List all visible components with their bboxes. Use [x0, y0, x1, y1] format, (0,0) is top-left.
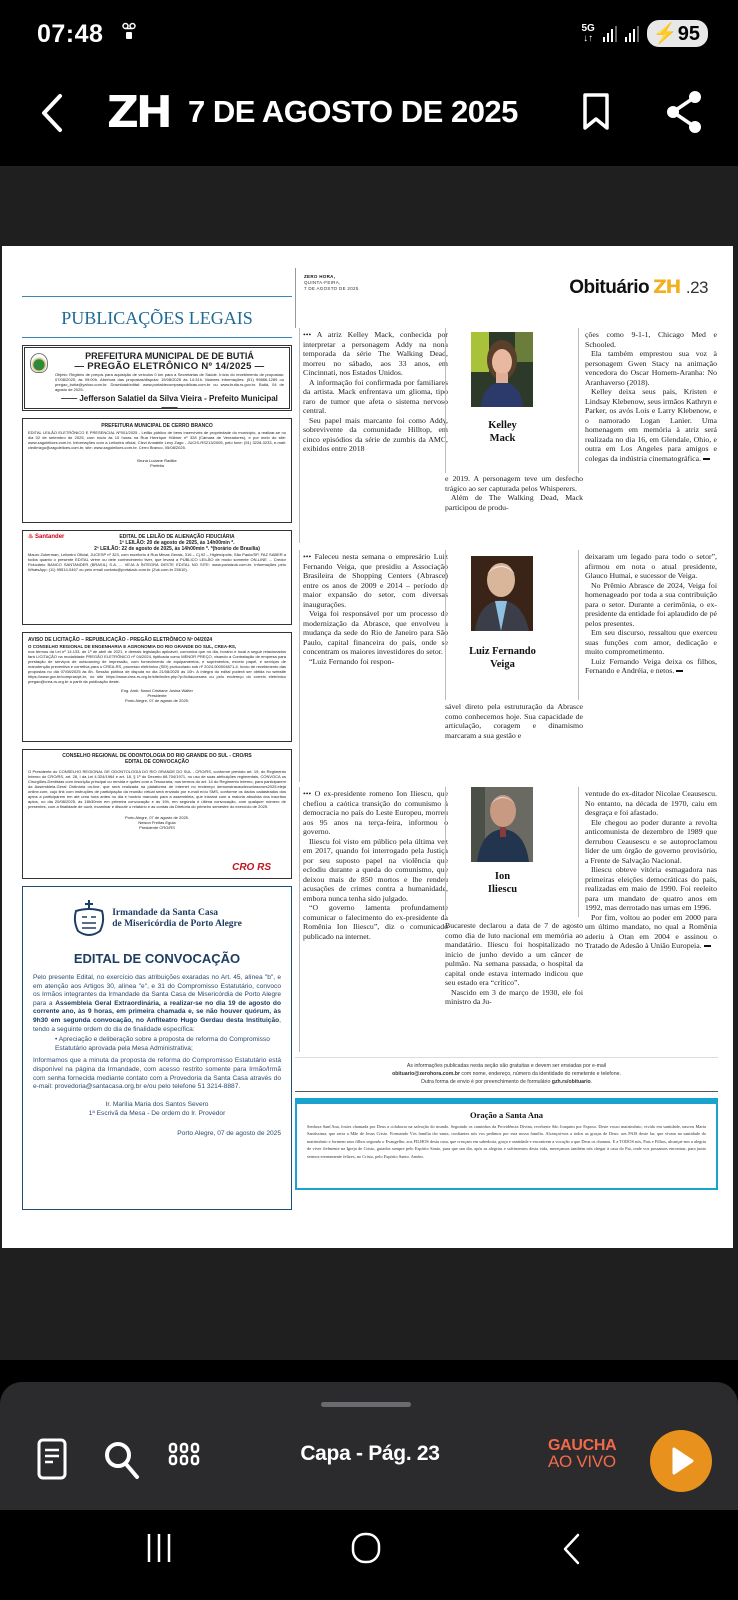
newspaper-page[interactable]: PUBLICAÇÕES LEGAIS PREFEITURA MUNICIPAL …: [2, 246, 733, 1248]
ad-cerro-branco: PREFEITURA MUNICIPAL DE CERRO BRANCO EDI…: [22, 418, 292, 523]
share-icon: [665, 90, 703, 134]
story-column-2: sável direto pela estruturação da Abrasc…: [445, 702, 583, 740]
ad-subheading: — PREGÃO ELETRÔNICO Nº 14/2025 —: [55, 361, 284, 372]
ad-santa-casa: Irmandade da Santa Casa de Misericórdia …: [22, 886, 292, 1210]
ad-subheading: EDITAL DE CONVOCAÇÃO: [28, 759, 286, 765]
obituary-masthead: ZERO HORA, QUINTA-FEIRA, 7 DE AGOSTO DE …: [295, 268, 718, 328]
ad-body: O Presidente do CONSELHO REGIONAL DE ODO…: [28, 769, 286, 809]
recent-apps-icon: [145, 1532, 175, 1564]
zh-logo-small: ZH: [653, 276, 680, 298]
obituary-luiz-fernando-veiga: ••• Faleceu nesta semana o empresário Lu…: [295, 550, 718, 787]
person-name: Luiz Fernando Veiga: [445, 646, 560, 671]
story-column-3: ções como 9-1-1, Chicago Med e Schooled.…: [585, 330, 717, 463]
signal-icon-2: [625, 26, 639, 42]
bookmark-icon: [582, 92, 610, 132]
reader-toolbar: Capa - Pág. 23 GAUCHA AO VIVO: [0, 1382, 738, 1510]
story-column: ••• Faleceu nesta semana o empresário Lu…: [303, 552, 448, 666]
share-button[interactable]: [665, 90, 703, 134]
legal-publications: PUBLICAÇÕES LEGAIS PREFEITURA MUNICIPAL …: [22, 288, 292, 1210]
notice-bullet: • Apreciação e deliberação sobre a propo…: [33, 1036, 281, 1053]
story-column-3: ventude do ex-ditador Nicolae Ceausescu.…: [585, 789, 717, 951]
notice-signer-role: 1ª Escrivã da Mesa - De ordem do Ir. Pro…: [33, 1109, 281, 1118]
ad-santander: ♨ Santander EDITAL DE LEILÃO DE ALIENAÇÃ…: [22, 530, 292, 625]
edition-title: 7 DE AGOSTO DE 2025: [188, 92, 518, 132]
page-number: .23: [686, 278, 708, 297]
luiz-fernando-veiga-photo: [471, 556, 533, 631]
obituary-submission-info: As informações publicadas nesta seção sã…: [295, 1057, 718, 1092]
notice-title: EDITAL DE CONVOCAÇÃO: [33, 951, 281, 966]
signal-icon: [603, 26, 617, 42]
ad-date: Porto Alegre, 07 de agosto de 2025.: [28, 698, 286, 703]
search-button[interactable]: [102, 1438, 142, 1482]
notice-paragraph: Pelo presente Edital, no exercício das a…: [33, 974, 281, 1034]
play-icon: [650, 1430, 712, 1492]
search-icon: [102, 1438, 142, 1482]
story-column: ••• O ex-presidente romeno Ion Iliescu, …: [303, 789, 448, 941]
prayer-box: Oração a Santa Ana Senhora Sant'Ana, fos…: [295, 1098, 718, 1190]
notice-paragraph-2: Informamos que a minuta da proposta de r…: [33, 1057, 281, 1091]
home-button[interactable]: [350, 1531, 384, 1570]
notice-date: Porto Alegre, 07 de agosto de 2025: [33, 1130, 281, 1137]
text-mode-button[interactable]: [37, 1438, 69, 1482]
obituary-form-link[interactable]: gzh.rs/obituario: [552, 1079, 591, 1085]
back-icon: [560, 1532, 584, 1566]
zh-logo: ZH: [107, 91, 170, 135]
ad-cro-rs: CONSELHO REGIONAL DE ODONTOLOGIA DO RIO …: [22, 749, 292, 879]
back-button[interactable]: [38, 88, 68, 138]
current-page-label[interactable]: Capa - Pág. 23: [280, 1442, 460, 1466]
notice-signer: Ir. Marília Maria dos Santos Severo: [33, 1100, 281, 1109]
end-mark-icon: [704, 945, 711, 947]
ad-butia: PREFEITURA MUNICIPAL DE DE BUTIÁ — PREGÃ…: [22, 345, 292, 411]
ad-body: EDITAL LEILÃO ELETRÔNICO E PRESENCIAL Nº…: [28, 430, 286, 450]
story-column-2: Bucareste declarou a data de 7 de agosto…: [445, 921, 583, 1007]
section-heading: ObituárioZH.23: [569, 276, 708, 299]
story-column-2: e 2019. A personagem teve um desfecho tr…: [445, 474, 583, 512]
obituary-ion-iliescu: ••• O ex-presidente romeno Ion Iliescu, …: [295, 787, 718, 1057]
obituary-kelley-mack: ••• A atriz Kelley Mack, conhecida por i…: [295, 328, 718, 550]
paper-meta: ZERO HORA, QUINTA-FEIRA, 7 DE AGOSTO DE …: [304, 274, 359, 292]
person-name: Kelley Mack: [445, 420, 560, 445]
ion-iliescu-photo: [471, 787, 533, 862]
bookmark-button[interactable]: [582, 92, 610, 132]
santander-logo: ♨ Santander: [28, 535, 64, 540]
story-column-3: deixaram um legado para todo o setor”, a…: [585, 552, 717, 676]
home-icon: [350, 1531, 384, 1565]
ad-heading: PREFEITURA MUNICIPAL DE DE BUTIÁ: [55, 351, 284, 361]
obituary-section: ZERO HORA, QUINTA-FEIRA, 7 DE AGOSTO DE …: [295, 268, 718, 1190]
end-mark-icon: [703, 458, 710, 460]
ad-signature: —— Jefferson Salatiel da Silva Vieira - …: [55, 394, 284, 412]
grid-icon: [168, 1438, 200, 1482]
document-icon: [37, 1438, 69, 1482]
gaucha-ao-vivo-logo[interactable]: GAUCHA AO VIVO: [548, 1438, 616, 1470]
page-viewer[interactable]: PUBLICAÇÕES LEGAIS PREFEITURA MUNICIPAL …: [0, 166, 738, 1360]
system-nav-bar: [0, 1510, 738, 1600]
obituary-email-link[interactable]: obituario@zerohora.com.br: [392, 1071, 460, 1077]
ad-body: nos termos da Lei nº 14.133, de 1º de ab…: [28, 649, 286, 684]
person-name: Ion Iliescu: [445, 871, 560, 896]
ad-signer-role: Prefeita: [28, 463, 286, 468]
pages-grid-button[interactable]: [168, 1438, 200, 1482]
org-name: Irmandade da Santa Casa: [112, 908, 242, 919]
voicemail-icon: [122, 22, 136, 43]
ad-signer-role: Presidente CRO/RS: [28, 825, 286, 830]
status-bar: 07:48 5G↓↑ ⚡95: [0, 0, 738, 68]
ad-heading: AVISO DE LICITAÇÃO – REPUBLICAÇÃO - PREG…: [28, 636, 286, 644]
prayer-text: Senhora Sant'Ana, fostes chamada por Deu…: [307, 1123, 706, 1160]
cro-rs-logo: CRO RS: [232, 865, 271, 870]
story-column: ••• A atriz Kelley Mack, conhecida por i…: [303, 330, 448, 454]
ad-body: Mauro Zukerman, Leiloeiro Oficial, JUCES…: [28, 552, 286, 572]
app-header: ZH 7 DE AGOSTO DE 2025: [0, 68, 738, 160]
network-5g-icon: 5G↓↑: [582, 24, 595, 44]
system-back-button[interactable]: [560, 1532, 584, 1571]
end-mark-icon: [676, 670, 683, 672]
ad-heading: PREFEITURA MUNICIPAL DE CERRO BRANCO: [28, 422, 286, 430]
clock: 07:48: [37, 20, 103, 49]
santa-casa-crest-icon: [72, 899, 106, 939]
recent-apps-button[interactable]: [145, 1532, 175, 1569]
org-name-2: de Misericórdia de Porto Alegre: [112, 919, 242, 930]
battery-indicator: ⚡95: [647, 20, 708, 47]
ad-crea-rs: AVISO DE LICITAÇÃO – REPUBLICAÇÃO - PREG…: [22, 632, 292, 742]
drag-handle[interactable]: [321, 1402, 411, 1407]
back-arrow-icon: [38, 88, 68, 138]
butia-crest-icon: [30, 353, 48, 373]
prayer-title: Oração a Santa Ana: [307, 1110, 706, 1120]
kelley-mack-photo: [471, 332, 533, 407]
play-radio-button[interactable]: [650, 1430, 712, 1492]
ad-body: Objeto: Registro de preços para aquisiçã…: [55, 372, 284, 392]
section-title: PUBLICAÇÕES LEGAIS: [22, 296, 292, 338]
